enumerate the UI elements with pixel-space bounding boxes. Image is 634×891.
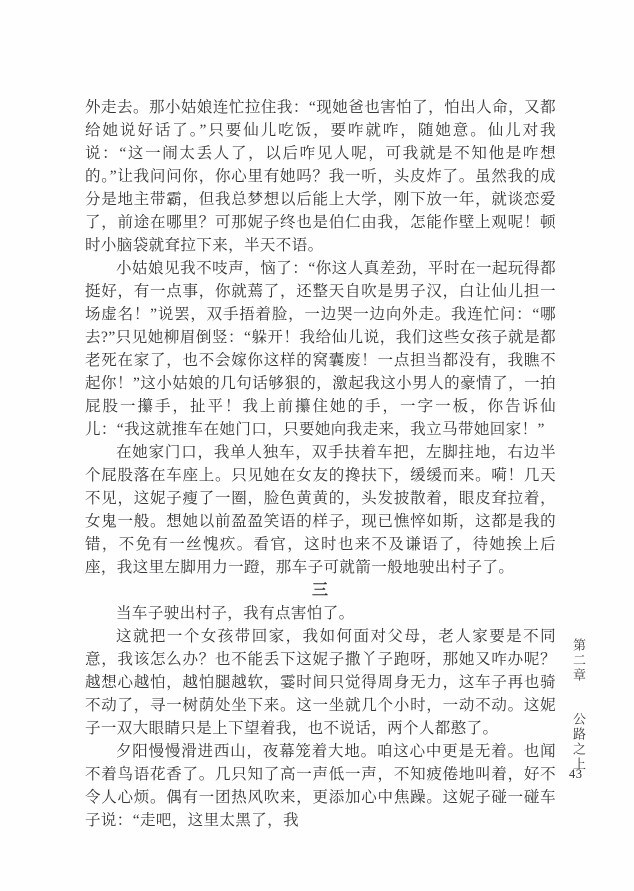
- chapter-title-label: 公路之上: [571, 712, 586, 772]
- body-text-block: 外走去。那小姑娘连忙拉住我：“现她爸也害怕了，怕出人命，又都给她说好话了。”只要…: [85, 96, 556, 832]
- chapter-number-label: 第二章: [571, 638, 586, 683]
- body-paragraph: 小姑娘见我不吱声，恼了：“你这人真差劲，平时在一起玩得都挺好，有一点事，你就蔫了…: [85, 257, 556, 441]
- body-paragraph: 夕阳慢慢滑进西山，夜幕笼着大地。咱这心中更是无着。也闻不着鸟语花香了。几只知了高…: [85, 740, 556, 832]
- body-paragraph: 当车子驶出村子，我有点害怕了。: [85, 602, 556, 625]
- body-paragraph: 这就把一个女孩带回家，我如何面对父母，老人家要是不同意，我该怎么办？也不能丢下这…: [85, 625, 556, 740]
- body-paragraph: 在她家门口，我单人独车，双手扶着车把，左脚拄地，右边半个屁股落在车座上。只见她在…: [85, 441, 556, 579]
- section-number-heading: 三: [85, 579, 556, 602]
- body-paragraph: 外走去。那小姑娘连忙拉住我：“现她爸也害怕了，怕出人命，又都给她说好话了。”只要…: [85, 96, 556, 257]
- page-number: 43: [569, 767, 583, 782]
- margin-chapter-marker: 第二章 公路之上: [570, 638, 586, 772]
- book-page: 外走去。那小姑娘连忙拉住我：“现她爸也害怕了，怕出人命，又都给她说好话了。”只要…: [0, 0, 634, 891]
